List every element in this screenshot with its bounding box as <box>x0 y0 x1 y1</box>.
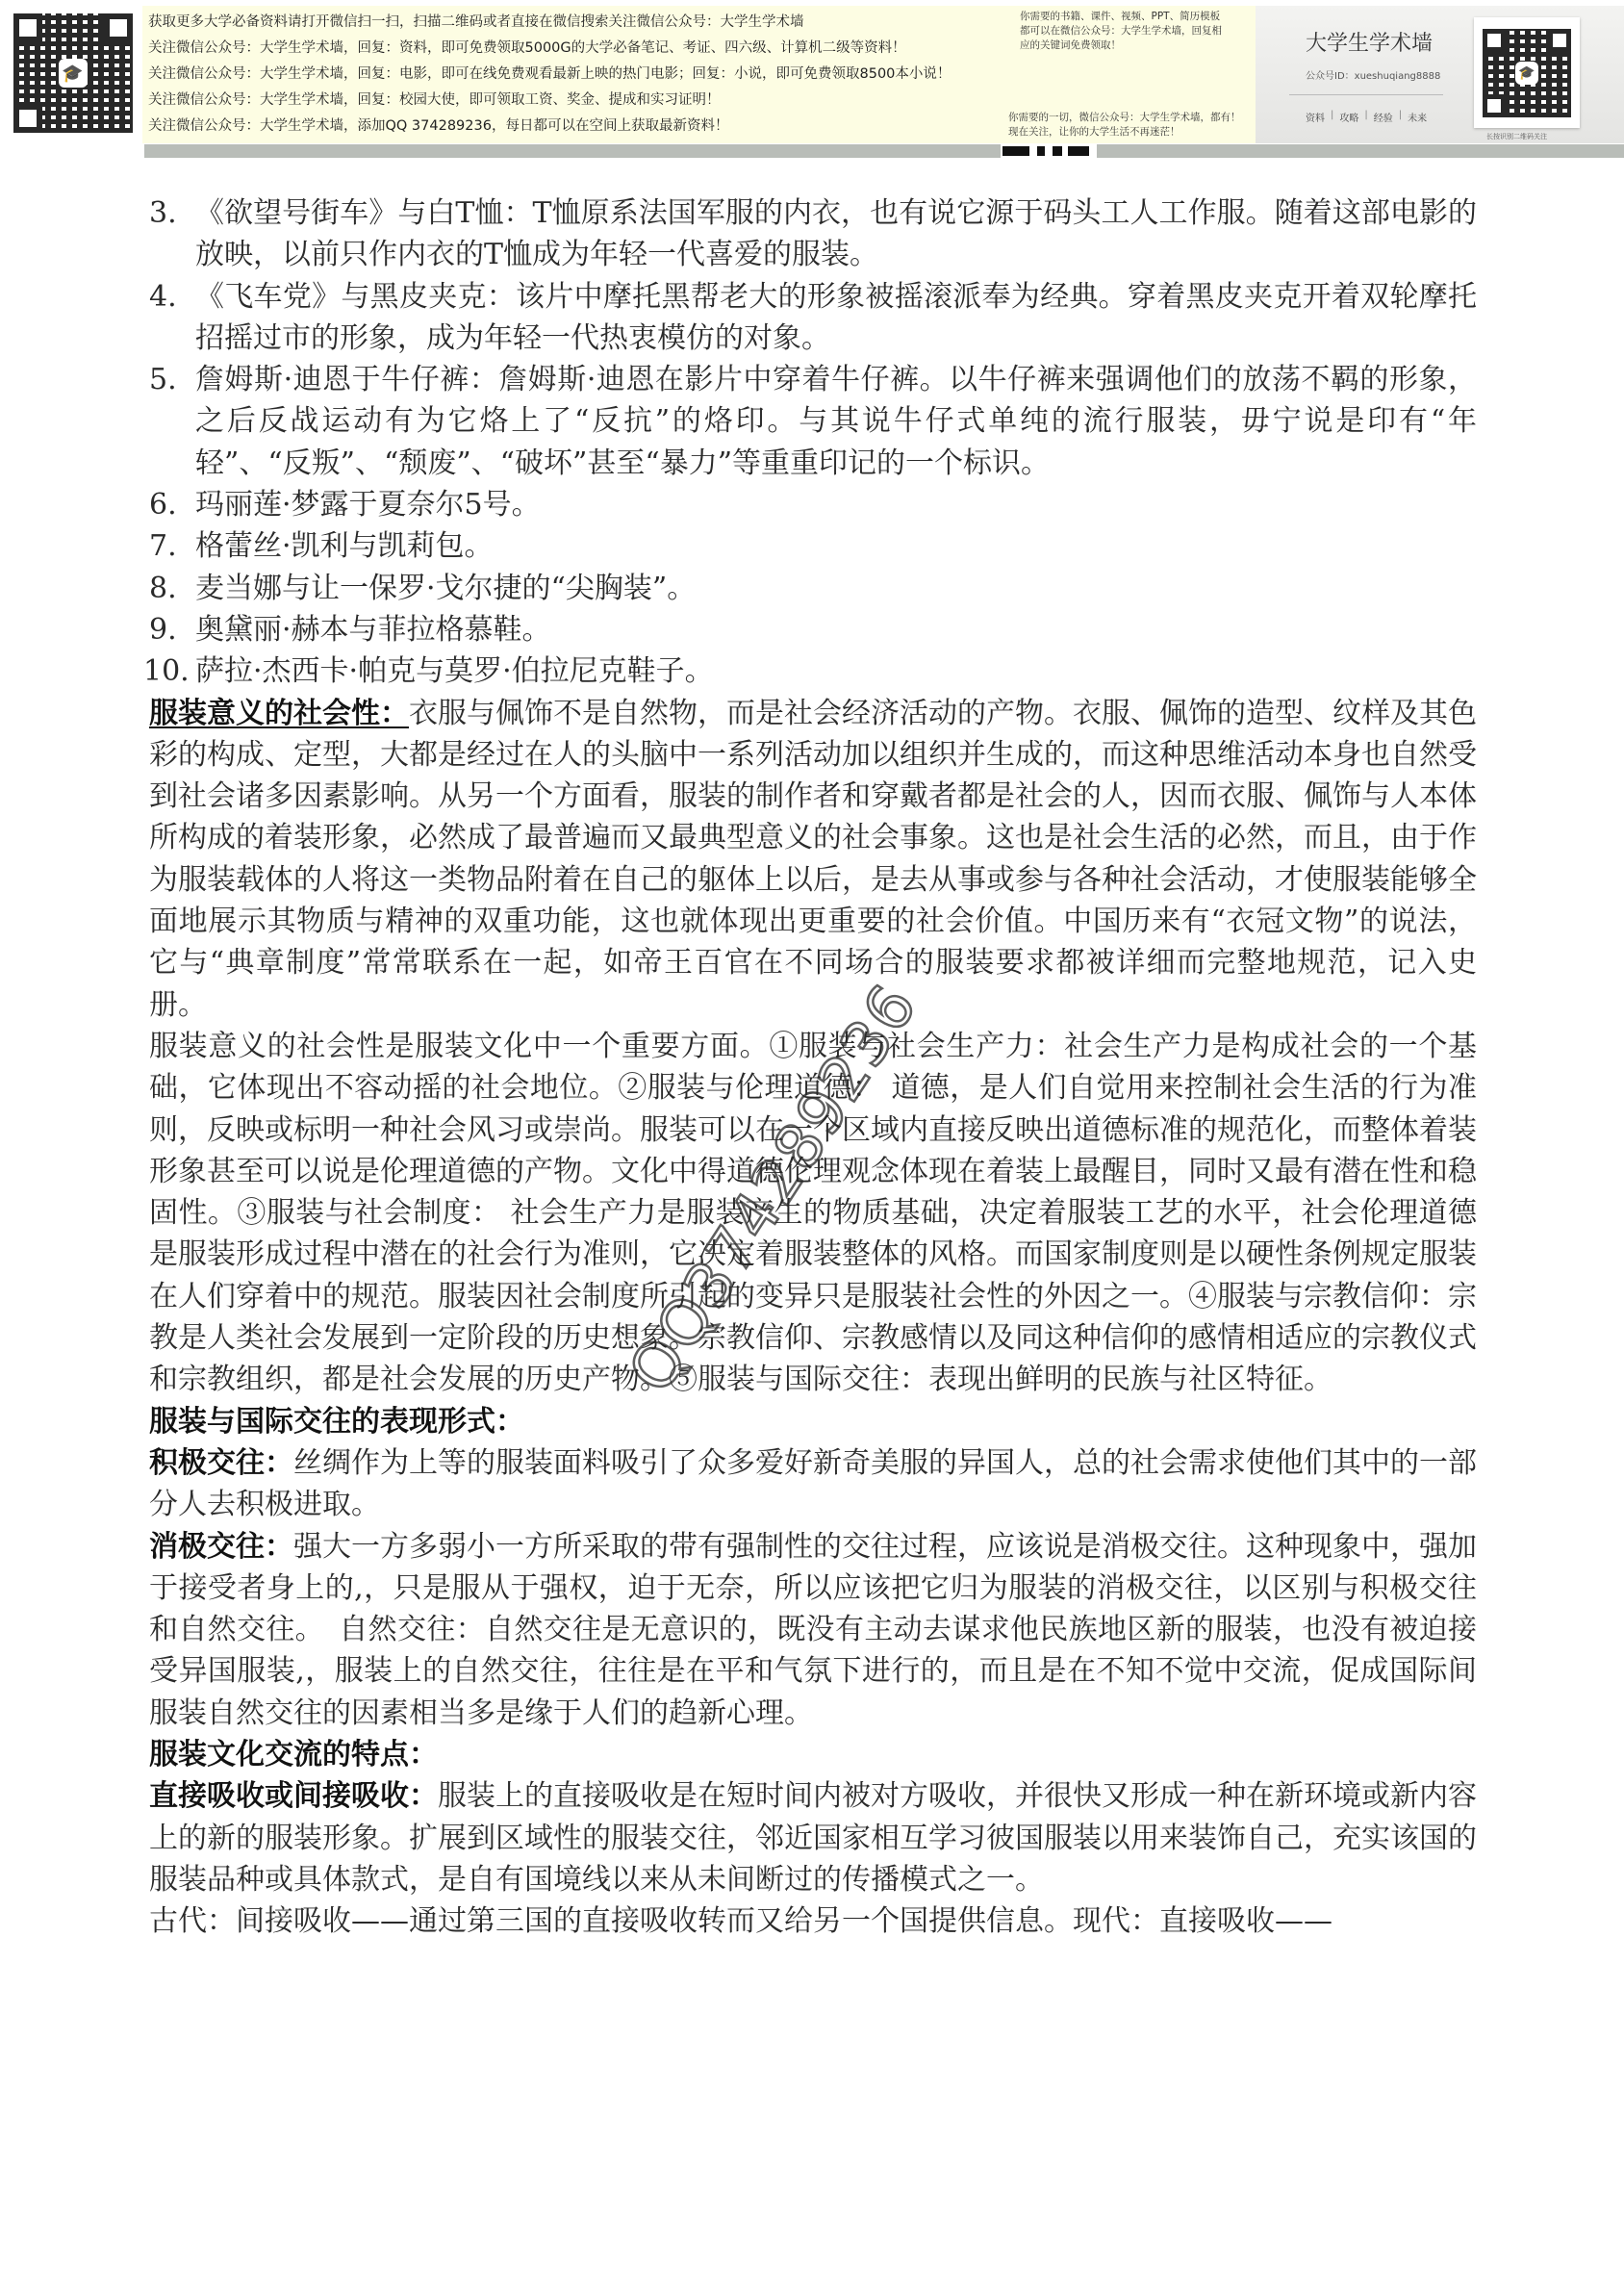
graduation-cap-icon: 🎓 <box>59 59 88 88</box>
section-heading-intl: 服装与国际交往的表现形式： <box>149 1401 1477 1442</box>
list-number: 9. <box>149 609 195 650</box>
side-line: 你需要的一切，微信公众号：大学生学术墙，都有！ <box>1008 111 1258 125</box>
side-line: 现在关注，让你的大学生活不再迷茫！ <box>1008 125 1258 140</box>
brand-nav: 资料 | 攻略 | 经验 | 未来 <box>1306 110 1427 124</box>
banner-side-text: 你需要的书籍、课件、视频、PPT、简历模板 都可以在微信公众号：大学生学术墙，回… <box>1008 6 1258 143</box>
side-line: 你需要的书籍、课件、视频、PPT、简历模板 <box>1020 10 1222 24</box>
left-qr-code[interactable]: 🎓 <box>8 6 138 140</box>
list-item: 4. 《飞车党》与黑皮夹克：该片中摩托黑帮老大的形象被摇滚派奉为经典。穿着黑皮夹… <box>149 276 1477 360</box>
paragraph-negative: 消极交往：强大一方多弱小一方所采取的带有强制性的交往过程，应该说是消极交往。这种… <box>149 1526 1477 1734</box>
right-qr-code[interactable]: 🎓 <box>1474 17 1580 128</box>
ad-banner: 🎓 获取更多大学必备资料请打开微信扫一扫，扫描二维码或者直接在微信搜索关注微信公… <box>0 0 1624 156</box>
list-text: 《欲望号街车》与白T恤：T恤原系法国军服的内衣，也有说它源于码头工人工作服。随着… <box>195 192 1477 276</box>
document-body: 3. 《欲望号街车》与白T恤：T恤原系法国军服的内衣，也有说它源于码头工人工作服… <box>149 192 1477 1942</box>
brand-nav-item[interactable]: 资料 <box>1306 110 1325 124</box>
list-number: 6. <box>149 484 195 525</box>
list-item: 3. 《欲望号街车》与白T恤：T恤原系法国军服的内衣，也有说它源于码头工人工作服… <box>149 192 1477 276</box>
list-text: 格蕾丝·凯利与凯莉包。 <box>195 525 1477 567</box>
graduation-cap-icon: 🎓 <box>1515 62 1538 85</box>
brand-nav-item[interactable]: 攻略 <box>1339 110 1358 124</box>
list-item: 9. 奥黛丽·赫本与菲拉格慕鞋。 <box>149 609 1477 650</box>
list-number: 5. <box>149 359 195 484</box>
paragraph-text: 强大一方多弱小一方所采取的带有强制性的交往过程，应该说是消极交往。这种现象中，强… <box>149 1530 1477 1730</box>
promo-line: 关注微信公众号：大学生学术墙，添加QQ 374289236，每日都可以在空间上获… <box>148 114 1008 140</box>
brand-nav-item[interactable]: 经验 <box>1374 110 1393 124</box>
divider <box>1289 94 1443 95</box>
subheading: 积极交往： <box>149 1446 293 1480</box>
promo-line: 关注微信公众号：大学生学术墙，回复：校园大使，即可领取工资、奖金、提成和实习证明… <box>148 88 1008 114</box>
list-item: 10. 萨拉·杰西卡·帕克与莫罗·伯拉尼克鞋子。 <box>149 650 1477 692</box>
logo-fragment <box>1001 144 1097 158</box>
brand-nav-item[interactable]: 未来 <box>1408 110 1427 124</box>
paragraph-text: 丝绸作为上等的服装面料吸引了众多爱好新奇美服的异国人，总的社会需求使他们其中的一… <box>149 1446 1477 1521</box>
list-item: 5. 詹姆斯·迪恩于牛仔裤：詹姆斯·迪恩在影片中穿着牛仔裤。以牛仔裤来强调他们的… <box>149 359 1477 484</box>
list-text: 麦当娜与让一保罗·戈尔捷的“尖胸装”。 <box>195 568 1477 609</box>
list-text: 奥黛丽·赫本与菲拉格慕鞋。 <box>195 609 1477 650</box>
list-item: 8. 麦当娜与让一保罗·戈尔捷的“尖胸装”。 <box>149 568 1477 609</box>
paragraph-positive: 积极交往：丝绸作为上等的服装面料吸引了众多爱好新奇美服的异国人，总的社会需求使他… <box>149 1442 1477 1526</box>
side-line: 都可以在微信公众号：大学生学术墙，回复相 <box>1020 24 1222 38</box>
list-text: 玛丽莲·梦露于夏奈尔5号。 <box>195 484 1477 525</box>
section-heading-exchange: 服装文化交流的特点： <box>149 1734 1477 1775</box>
qr-code-icon: 🎓 <box>13 13 133 133</box>
paragraph-ancient: 古代：间接吸收——通过第三国的直接吸收转而又给另一个国提供信息。现代：直接吸收—… <box>149 1900 1477 1942</box>
promo-line: 获取更多大学必备资料请打开微信扫一扫，扫描二维码或者直接在微信搜索关注微信公众号… <box>148 10 1008 36</box>
promo-line: 关注微信公众号：大学生学术墙，回复：资料，即可免费领取5000G的大学必备笔记、… <box>148 36 1008 62</box>
list-number: 8. <box>149 568 195 609</box>
subheading: 直接吸收或间接吸收： <box>149 1779 438 1813</box>
qr-caption: 长按识别二维码关注 <box>1486 132 1547 141</box>
subheading: 消极交往： <box>149 1530 293 1564</box>
list-item: 6. 玛丽莲·梦露于夏奈尔5号。 <box>149 484 1477 525</box>
list-item: 7. 格蕾丝·凯利与凯莉包。 <box>149 525 1477 567</box>
paragraph-social-2: 服装意义的社会性是服装文化中一个重要方面。①服装与社会生产力：社会生产力是构成社… <box>149 1026 1477 1401</box>
banner-background-strip <box>144 144 1624 158</box>
banner-promo-text: 获取更多大学必备资料请打开微信扫一扫，扫描二维码或者直接在微信搜索关注微信公众号… <box>142 6 1008 143</box>
brand-account-id: 公众号ID：xueshuqiang8888 <box>1306 67 1440 82</box>
list-number: 10. <box>143 650 195 692</box>
list-text: 《飞车党》与黑皮夹克：该片中摩托黑帮老大的形象被摇滚派奉为经典。穿着黑皮夹克开着… <box>195 276 1477 360</box>
list-number: 3. <box>149 192 195 276</box>
list-text: 萨拉·杰西卡·帕克与莫罗·伯拉尼克鞋子。 <box>195 650 1477 692</box>
side-line: 应的关键词免费领取！ <box>1020 38 1222 53</box>
list-number: 4. <box>149 276 195 360</box>
qr-code-icon: 🎓 <box>1483 29 1571 117</box>
paragraph-text: 衣服与佩饰不是自然物，而是社会经济活动的产物。衣服、佩饰的造型、纹样及其色彩的构… <box>149 697 1477 1022</box>
brand-card: 大学生学术墙 公众号ID：xueshuqiang8888 资料 | 攻略 | 经… <box>1256 6 1624 143</box>
paragraph-social: 服装意义的社会性：衣服与佩饰不是自然物，而是社会经济活动的产物。衣服、佩饰的造型… <box>149 693 1477 1026</box>
brand-title: 大学生学术墙 <box>1306 27 1433 57</box>
list-number: 7. <box>149 525 195 567</box>
section-heading: 服装意义的社会性： <box>149 697 409 730</box>
promo-line: 关注微信公众号：大学生学术墙，回复：电影，即可在线免费观看最新上映的热门电影；回… <box>148 62 1008 88</box>
paragraph-direct: 直接吸收或间接吸收：服装上的直接吸收是在短时间内被对方吸收，并很快又形成一种在新… <box>149 1775 1477 1900</box>
list-text: 詹姆斯·迪恩于牛仔裤：詹姆斯·迪恩在影片中穿着牛仔裤。以牛仔裤来强调他们的放荡不… <box>195 359 1477 484</box>
